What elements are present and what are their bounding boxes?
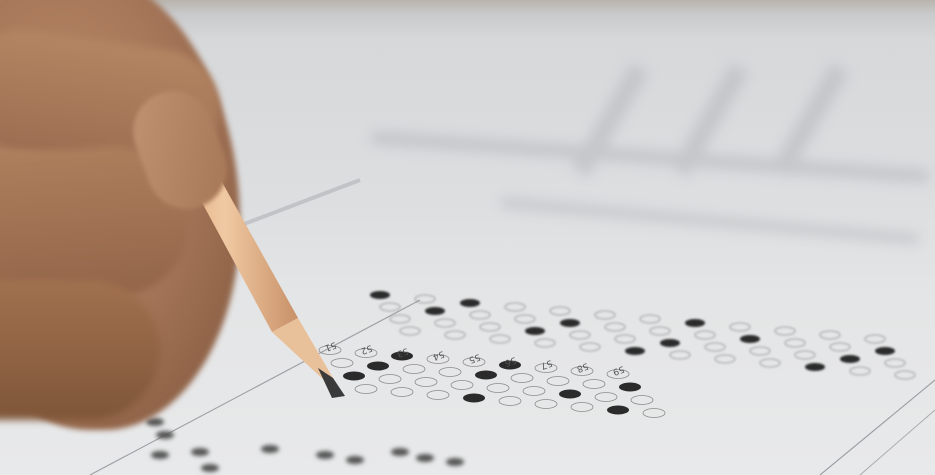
pencil — [0, 0, 935, 475]
pencil-lead — [318, 368, 345, 398]
photo-scene: 515253545556575859 — [0, 0, 935, 475]
